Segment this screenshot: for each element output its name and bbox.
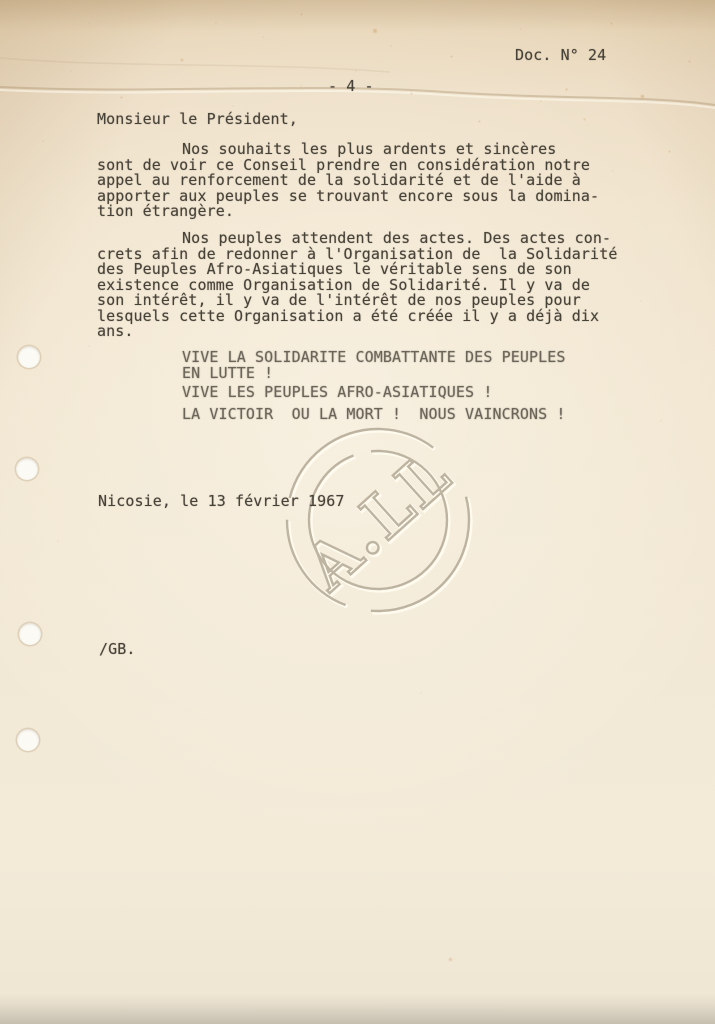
foxing-spot: [355, 70, 357, 72]
foxing-spot: [120, 96, 123, 99]
foxing-spot: [300, 85, 302, 87]
foxing-spot: [420, 692, 422, 694]
watermark-text: A.LL: [290, 437, 465, 605]
foxing-spot: [88, 345, 90, 347]
scanned-letter-page: A.LL A.LL Doc. N° 24 - 4 - Monsieur le P…: [0, 0, 715, 1024]
slogan-2: VIVE LES PEUPLES AFRO-ASIATIQUES !: [182, 385, 492, 401]
salutation: Monsieur le Président,: [97, 112, 298, 128]
foxing-spot: [232, 105, 234, 107]
doc-number: Doc. N° 24: [515, 48, 606, 64]
foxing-spot: [610, 22, 613, 25]
foxing-spot: [410, 92, 413, 95]
foxing-spot: [640, 300, 642, 302]
foxing-spot: [660, 420, 662, 422]
foxing-spot: [70, 70, 72, 72]
foxing-spot: [688, 60, 691, 63]
slogan-line: VIVE LES PEUPLES AFRO-ASIATIQUES !: [182, 385, 492, 401]
foxing-spot: [540, 100, 542, 102]
foxing-spot: [372, 28, 378, 34]
punch-hole: [16, 458, 38, 480]
foxing-spot: [57, 540, 59, 542]
foxing-spot: [88, 22, 90, 24]
punch-hole: [18, 346, 40, 368]
dateline-text: Nicosie, le 13 février 1967: [98, 494, 345, 510]
foxing-spot: [478, 120, 481, 123]
foxing-spot: [262, 36, 264, 38]
slogan-line: EN LUTTE !: [182, 366, 566, 382]
foxing-spot: [612, 170, 614, 172]
paragraph-line: lesquels cette Organisation a été créée …: [97, 309, 617, 325]
paragraph-line: ans.: [97, 324, 617, 340]
typist-initials: /GB.: [99, 642, 136, 658]
slogan-3: LA VICTOIR OU LA MORT ! NOUS VAINCRONS !: [182, 407, 566, 423]
paragraph-1: Nos souhaits les plus ardents et sincère…: [97, 142, 599, 220]
paragraph-line: tion étrangère.: [97, 204, 599, 220]
foxing-spot: [180, 58, 184, 62]
foxing-spot: [448, 957, 453, 962]
punch-hole: [17, 729, 39, 751]
doc-number-text: Doc. N° 24: [515, 48, 606, 64]
foxing-spot: [668, 150, 671, 153]
foxing-spot: [215, 22, 217, 24]
embossed-stamp: A.LL A.LL: [280, 422, 480, 622]
watermark-text-highlight: A.LL: [292, 438, 467, 606]
foxing-spot: [640, 94, 645, 99]
foxing-spot: [565, 88, 568, 91]
slogan-1: VIVE LA SOLIDARITE COMBATTANTE DES PEUPL…: [182, 350, 566, 381]
slogan-line: LA VICTOIR OU LA MORT ! NOUS VAINCRONS !: [182, 407, 566, 423]
foxing-spot: [450, 55, 453, 58]
foxing-spot: [390, 45, 392, 47]
foxing-spot: [300, 13, 303, 16]
punch-hole: [19, 623, 41, 645]
paragraph-2: Nos peuples attendent des actes. Des act…: [97, 231, 617, 340]
page-number-text: - 4 -: [328, 79, 374, 95]
salutation-text: Monsieur le Président,: [97, 112, 298, 128]
foxing-spot: [42, 140, 44, 142]
typist-initials-text: /GB.: [99, 642, 136, 658]
page-number: - 4 -: [328, 79, 374, 95]
foxing-spot: [520, 28, 522, 30]
foxing-spot: [583, 118, 586, 121]
dateline: Nicosie, le 13 février 1967: [98, 494, 345, 510]
